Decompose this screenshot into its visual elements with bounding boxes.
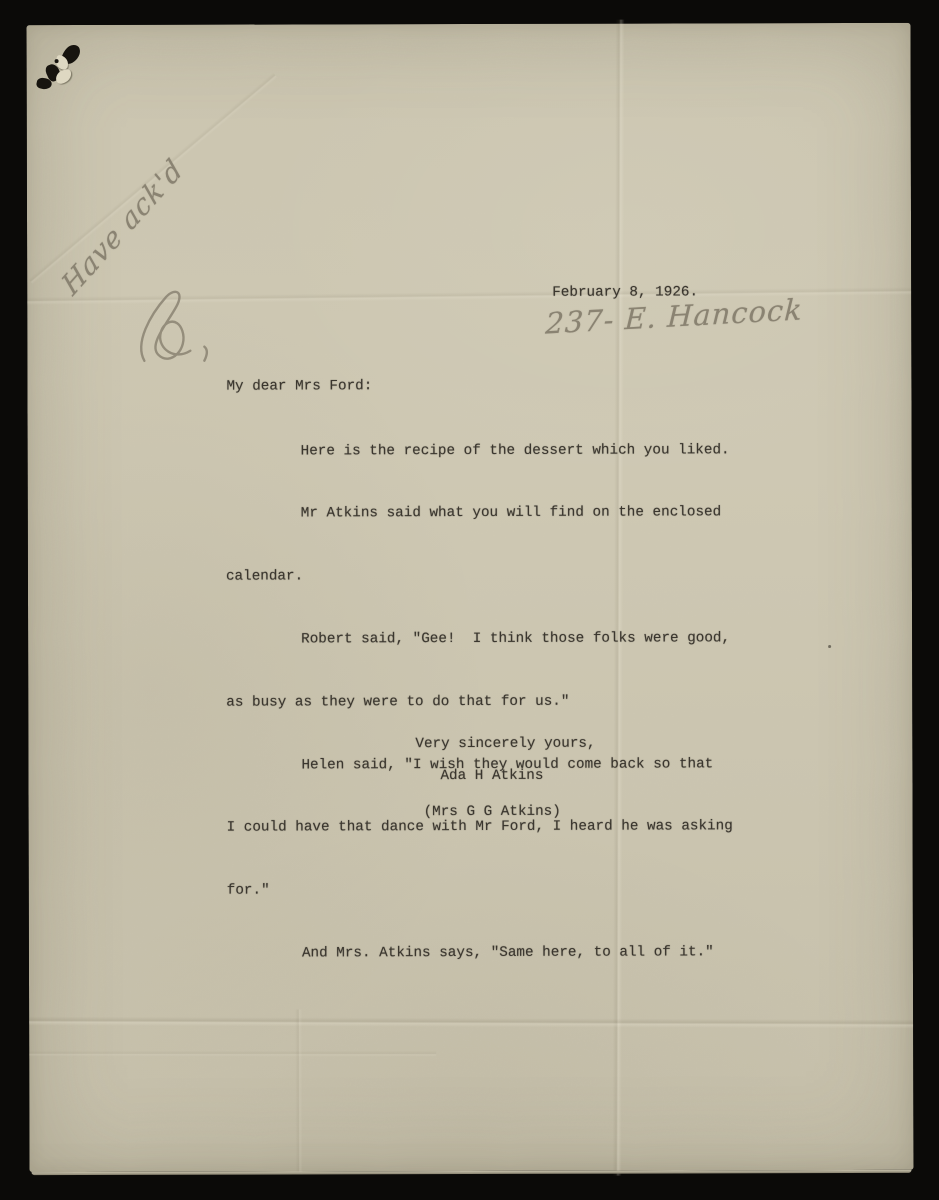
letter-line: And Mrs. Atkins says, "Same here, to all… [227,945,733,961]
letter-paper: Have ack'd February 8, 1926. 237- E. Han… [27,23,914,1172]
letter-line: for." [227,882,733,898]
date-line: February 8, 1926. [552,285,698,300]
lower-fold-crease [29,1016,913,1028]
letter-line: Robert said, "Gee! I think those folks w… [226,631,732,647]
pencil-initials-scribble [130,287,216,369]
signature-parenthetical: (Mrs G G Atkins) [424,805,561,820]
letter-line: Mr Atkins said what you will find on the… [226,506,732,522]
letter-body: Here is the recipe of the dessert which … [226,414,734,1009]
letter-line: calendar. [226,568,732,584]
scan-background: Have ack'd February 8, 1926. 237- E. Han… [0,0,939,1200]
ink-speck [828,645,831,648]
short-vertical-crease [295,1009,302,1174]
pencil-note-have-ackd: Have ack'd [56,152,189,302]
salutation: My dear Mrs Ford: [226,379,372,394]
closing-line: Very sincerely yours, [415,737,595,752]
letter-line: as busy as they were to do that for us." [226,694,732,710]
letter-line: I could have that dance with Mr Ford, I … [227,820,733,836]
paper-tear-speck [55,59,59,63]
lower-fold-crease-2 [29,1050,436,1056]
letter-line: Here is the recipe of the dessert which … [226,443,732,459]
signature-name: Ada H Atkins [440,769,543,784]
